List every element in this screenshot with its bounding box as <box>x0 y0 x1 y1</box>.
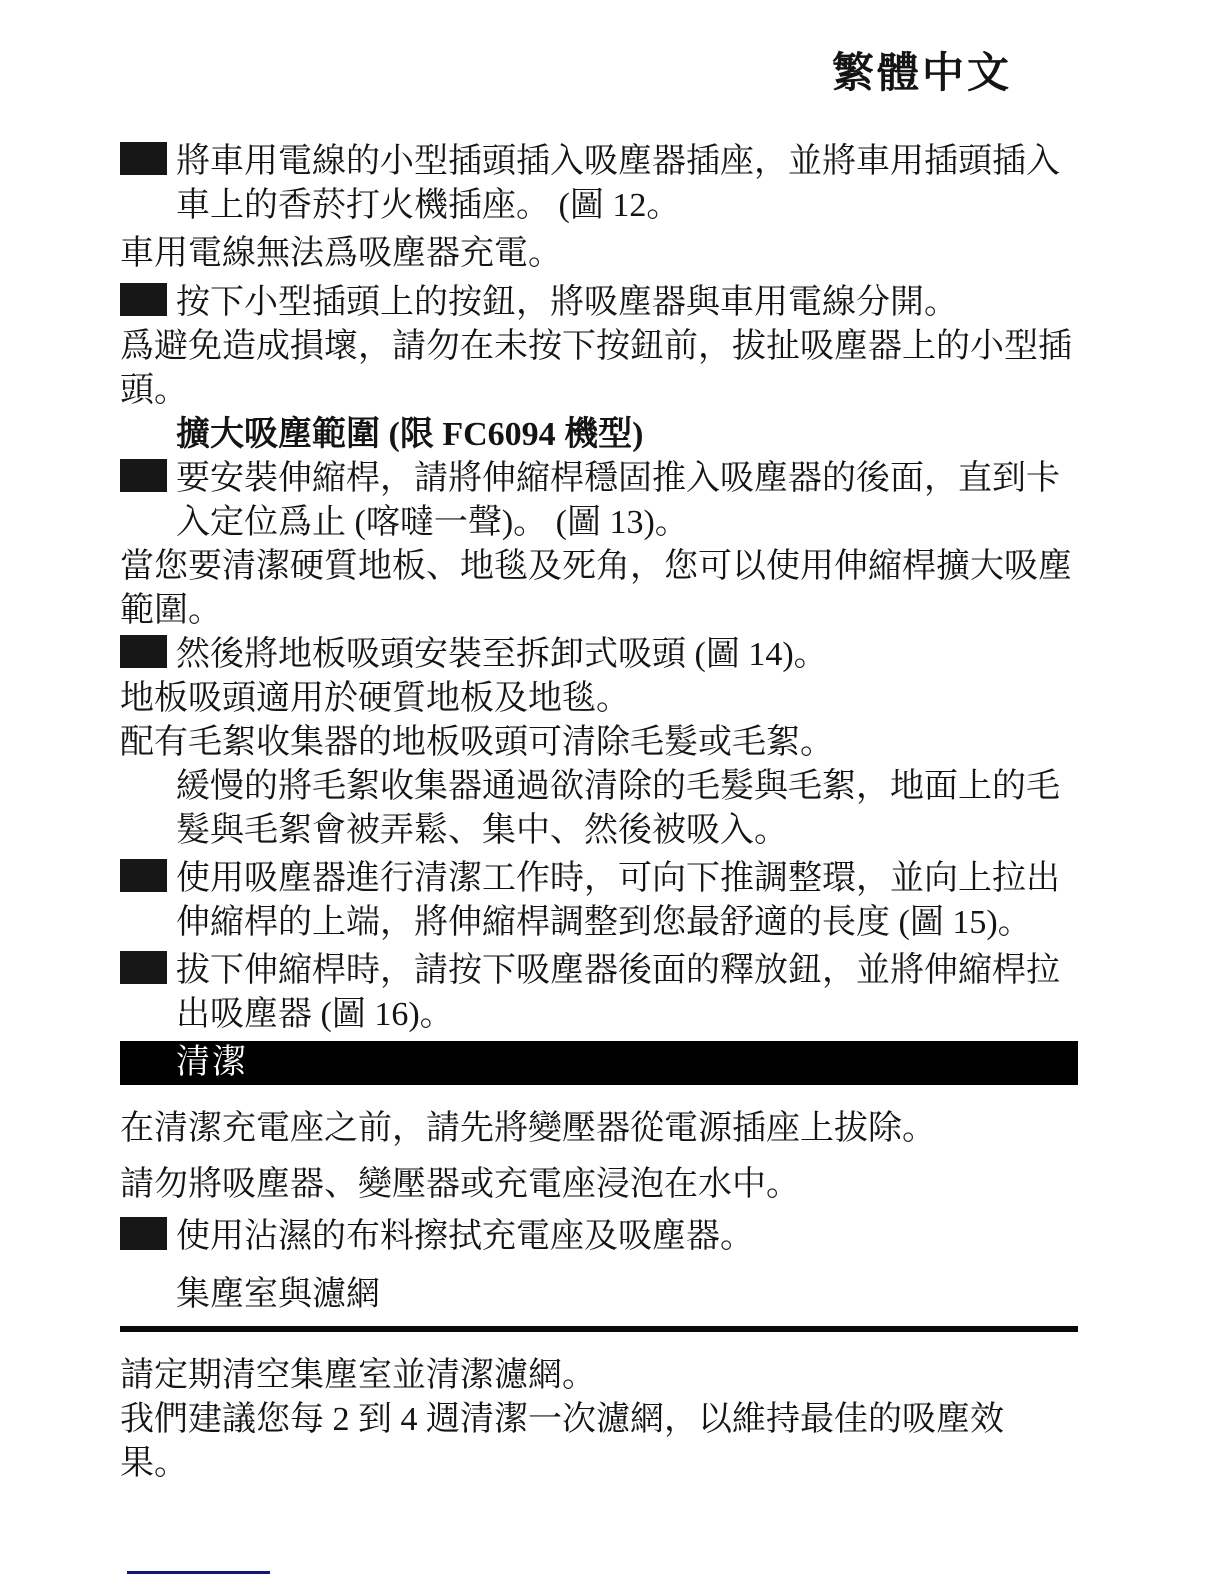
bullet-item-adjust-pole: 使用吸塵器進行清潔工作時，可向下推調整環，並向上拉出 伸縮桿的上端，將伸縮桿調整… <box>120 857 1078 945</box>
paragraph-line: 當您要清潔硬質地板、地毯及死角，您可以使用伸縮桿擴大吸塵 <box>120 545 1078 589</box>
paragraph-line: 範圍。 <box>120 589 1078 633</box>
bullet-item-text: 伸縮桿的上端，將伸縮桿調整到您最舒適的長度 (圖 15)。 <box>120 901 1078 945</box>
bullet-item-attach-pole: 要安裝伸縮桿，請將伸縮桿穩固推入吸塵器的後面，直到卡 入定位爲止 (喀噠一聲)。… <box>120 457 1078 545</box>
bullet-square-icon <box>120 1217 167 1250</box>
section-heading-dust-chamber: 集塵室與濾網 <box>120 1273 1078 1317</box>
paragraph-dust-note2: 我們建議您每 2 到 4 週清潔一次濾網，以維持最佳的吸塵效 果。 <box>120 1398 1078 1486</box>
bullet-square-icon <box>120 283 167 316</box>
paragraph-cleaning-note1: 在清潔充電座之前，請先將變壓器從電源插座上拔除。 <box>120 1107 1078 1151</box>
paragraph-floor-nozzle-note1: 地板吸頭適用於硬質地板及地毯。 <box>120 677 1078 721</box>
bullet-item-text: 入定位爲止 (喀噠一聲)。 (圖 13)。 <box>120 501 1078 545</box>
bullet-item-text: 按下小型插頭上的按鈕，將吸塵器與車用電線分開。 <box>176 284 958 321</box>
paragraph-cleaning-note2: 請勿將吸塵器、變壓器或充電座浸泡在水中。 <box>120 1163 1078 1207</box>
paragraph-line: 頭。 <box>120 369 1078 413</box>
paragraph-pole-usage: 當您要清潔硬質地板、地毯及死角，您可以使用伸縮桿擴大吸塵 範圍。 <box>120 545 1078 633</box>
bullet-square-icon <box>120 635 167 668</box>
section-heading-dust-chamber-wrap: 集塵室與濾網 <box>120 1273 1078 1332</box>
paragraph-floor-nozzle-note2: 配有毛絮收集器的地板吸頭可清除毛髮或毛絮。 <box>120 721 1078 765</box>
bullet-item-text: 出吸塵器 (圖 16)。 <box>120 993 1078 1037</box>
bullet-item-text: 拔下伸縮桿時，請按下吸塵器後面的釋放鈕，並將伸縮桿拉 <box>176 952 1060 989</box>
paragraph-damage-note: 爲避免造成損壞，請勿在未按下按鈕前，拔扯吸塵器上的小型插 頭。 <box>120 325 1078 413</box>
bullet-item-disconnect: 按下小型插頭上的按鈕，將吸塵器與車用電線分開。 <box>120 281 1078 325</box>
paragraph-line: 果。 <box>120 1442 1078 1486</box>
paragraph-line: 爲避免造成損壞，請勿在未按下按鈕前，拔扯吸塵器上的小型插 <box>120 325 1078 369</box>
bullet-square-icon <box>120 142 167 175</box>
paragraph-line: 我們建議您每 2 到 4 週清潔一次濾網，以維持最佳的吸塵效 <box>120 1398 1078 1442</box>
bullet-item-text: 然後將地板吸頭安裝至拆卸式吸頭 (圖 14)。 <box>176 636 828 673</box>
paragraph-car-cord-note: 車用電線無法爲吸塵器充電。 <box>120 232 1078 276</box>
manual-text-body: 將車用電線的小型插頭插入吸塵器插座，並將車用插頭插入 車上的香菸打火機插座。 (… <box>120 140 1078 1486</box>
bullet-item-text: 車上的香菸打火機插座。 (圖 12。 <box>120 184 1078 228</box>
bullet-item-detach-pole: 拔下伸縮桿時，請按下吸塵器後面的釋放鈕，並將伸縮桿拉 出吸塵器 (圖 16)。 <box>120 949 1078 1037</box>
bullet-item-text: 使用沾濕的布料擦拭充電座及吸塵器。 <box>176 1218 754 1255</box>
paragraph-dust-note1: 請定期清空集塵室並清潔濾網。 <box>120 1354 1078 1398</box>
paragraph-line: 緩慢的將毛絮收集器通過欲清除的毛髮與毛絮，地面上的毛 <box>120 765 1078 809</box>
bullet-item-floor-nozzle: 然後將地板吸頭安裝至拆卸式吸頭 (圖 14)。 <box>120 633 1078 677</box>
bullet-square-icon <box>120 951 167 984</box>
bullet-item-wipe: 使用沾濕的布料擦拭充電座及吸塵器。 <box>120 1215 1078 1259</box>
bullet-item-text: 將車用電線的小型插頭插入吸塵器插座，並將車用插頭插入 <box>176 143 1060 180</box>
paragraph-line: 髮與毛絮會被弄鬆、集中、然後被吸入。 <box>120 809 1078 853</box>
bullet-item-car-cord: 將車用電線的小型插頭插入吸塵器插座，並將車用插頭插入 車上的香菸打火機插座。 (… <box>120 140 1078 228</box>
paragraph-fluff-note: 緩慢的將毛絮收集器通過欲清除的毛髮與毛絮，地面上的毛 髮與毛絮會被弄鬆、集中、然… <box>120 765 1078 853</box>
bullet-square-icon <box>120 459 167 492</box>
footer-accent-line <box>127 1571 270 1574</box>
bullet-square-icon <box>120 859 167 892</box>
section-bar-cleaning: 清潔 <box>120 1041 1078 1085</box>
bullet-item-text: 要安裝伸縮桿，請將伸縮桿穩固推入吸塵器的後面，直到卡 <box>176 460 1060 497</box>
language-header: 繁體中文 <box>832 40 1012 100</box>
section-heading-extend-reach: 擴大吸塵範圍 (限 FC6094 機型) <box>120 413 1078 457</box>
bullet-item-text: 使用吸塵器進行清潔工作時，可向下推調整環，並向上拉出 <box>176 860 1060 897</box>
